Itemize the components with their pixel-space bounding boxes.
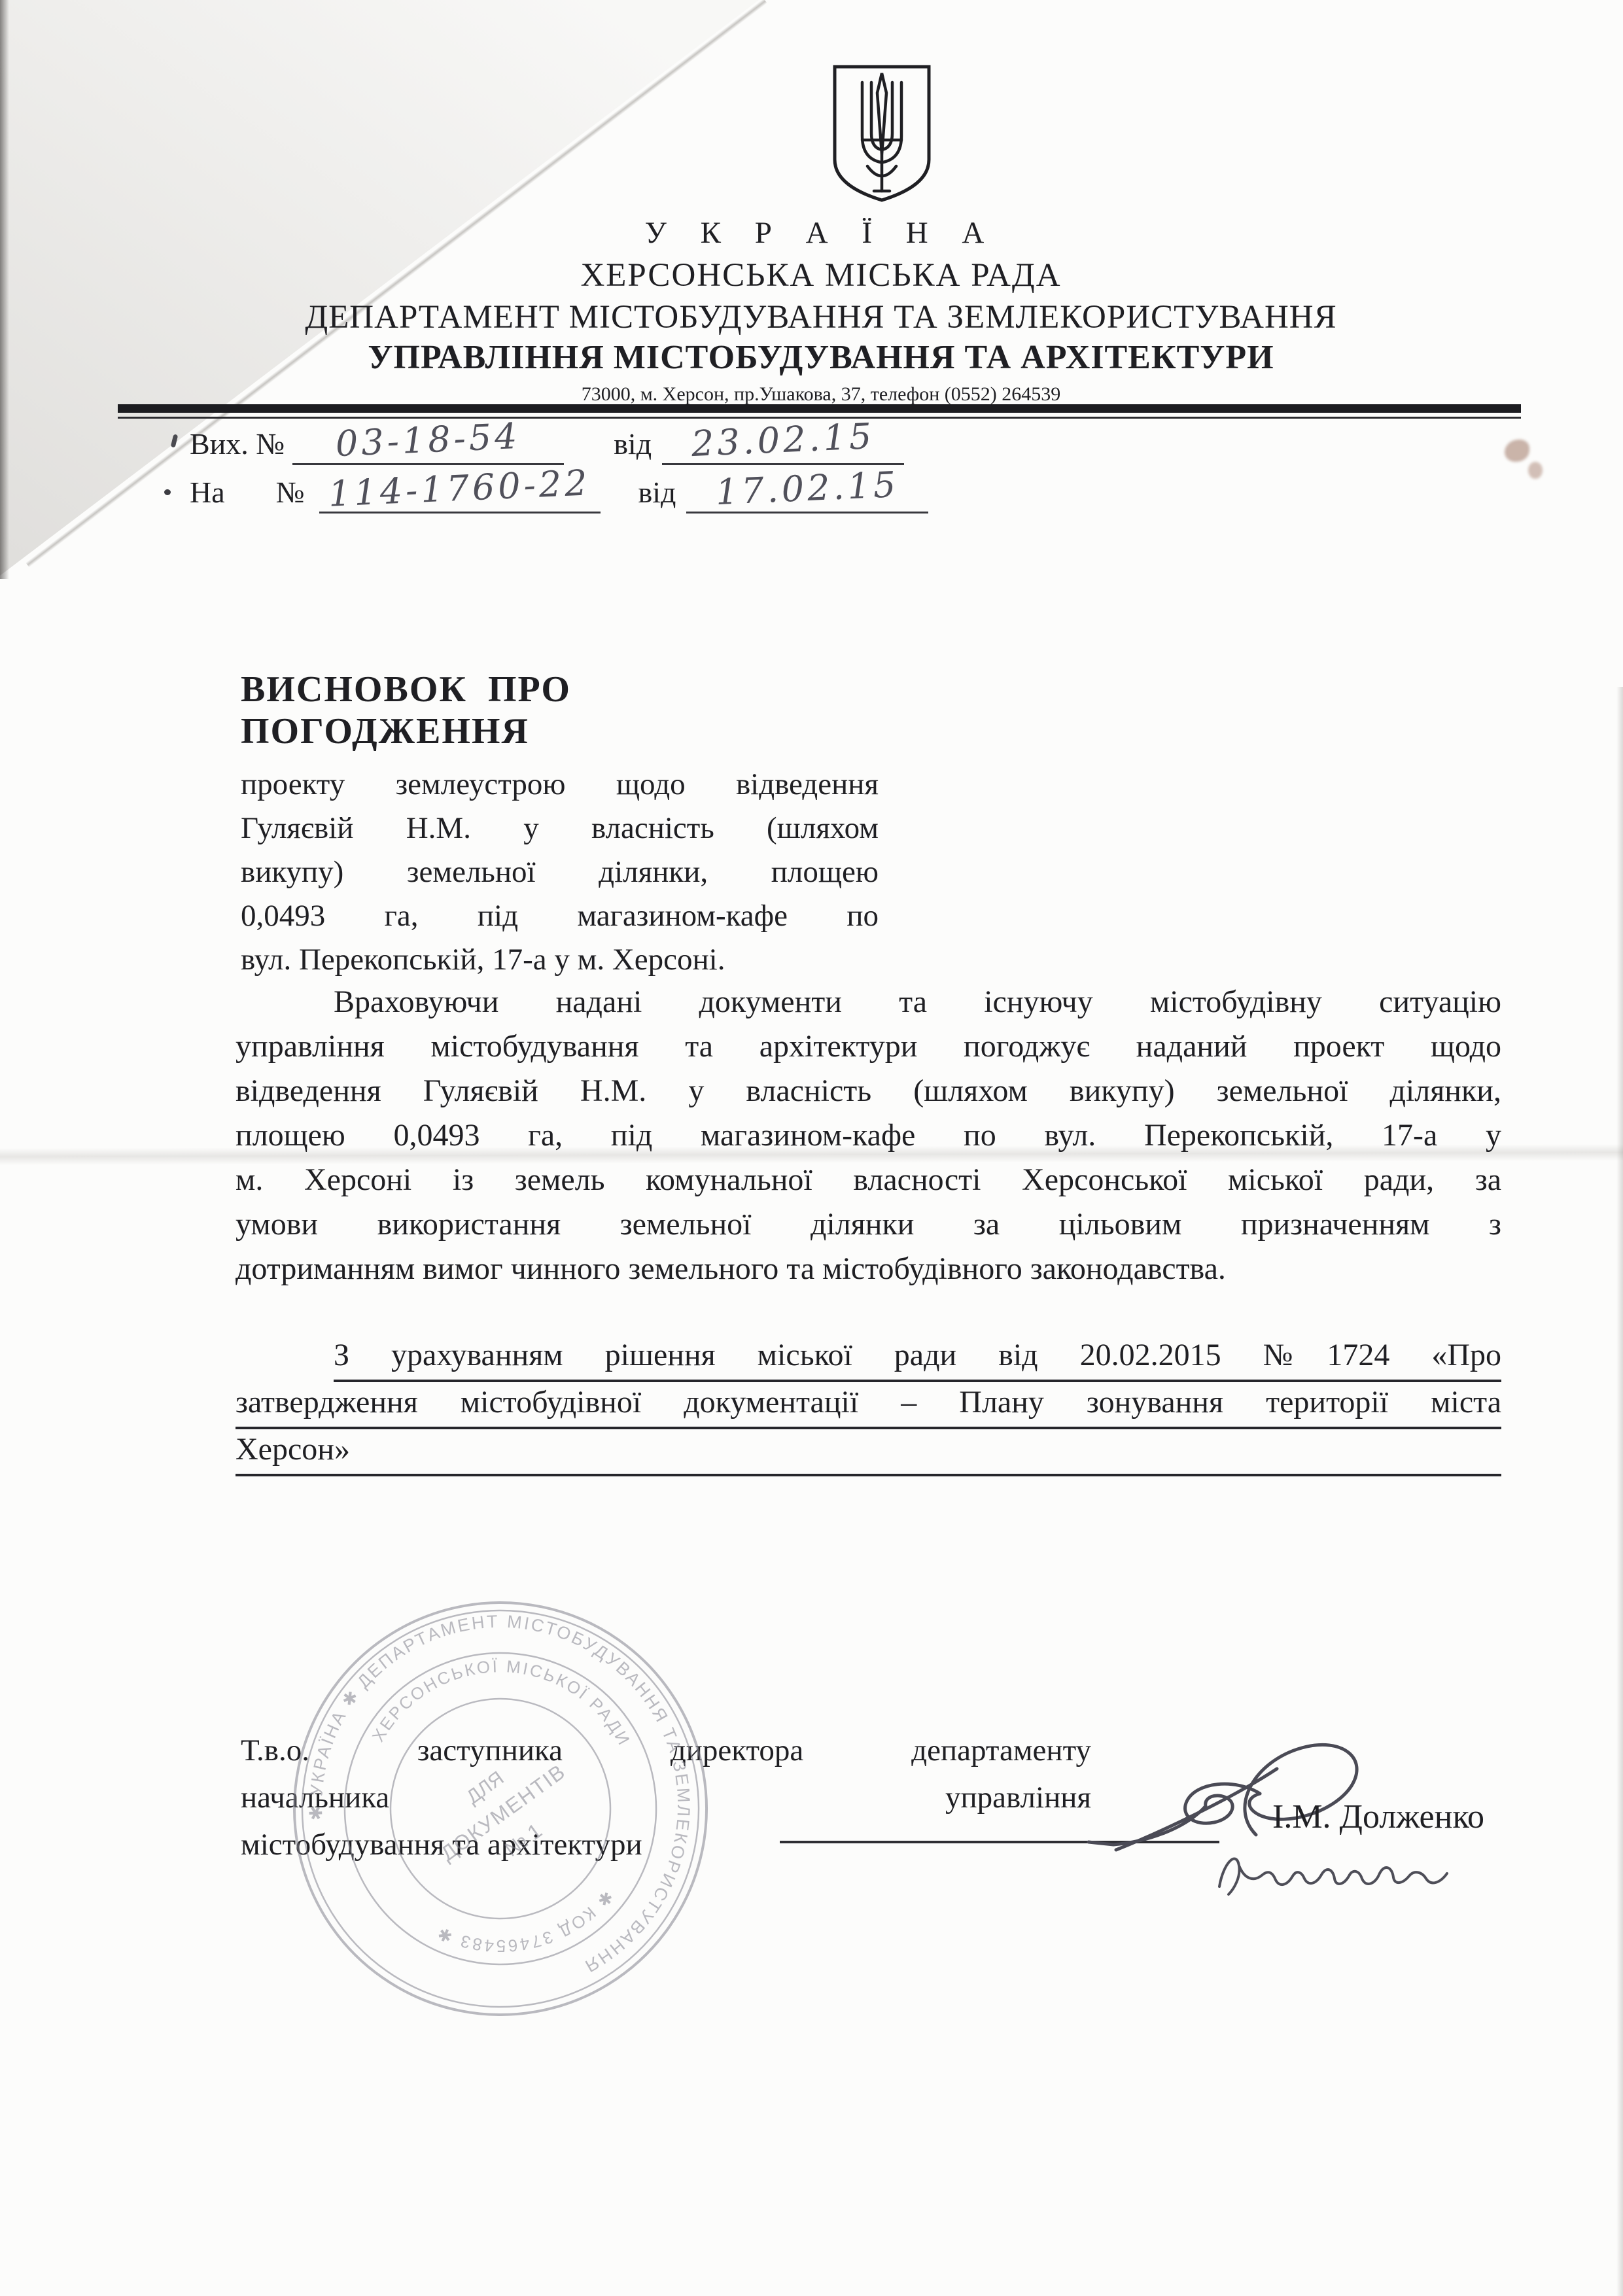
subject-line: вул. Перекопській, 17-а у м. Херсоні. bbox=[241, 938, 879, 982]
ink-smudge bbox=[1528, 462, 1543, 479]
signature-scribble bbox=[1210, 1843, 1459, 1909]
incoming-number-handwritten: 114-1760-22 bbox=[328, 462, 591, 514]
document-title: ВИСНОВОК ПРО ПОГОДЖЕННЯ bbox=[241, 669, 879, 752]
signature-flourish bbox=[1060, 1701, 1387, 1864]
incoming-date-field: 17.02.15 bbox=[686, 471, 928, 513]
incoming-number-sign: № bbox=[276, 475, 305, 513]
body-paragraph-approval: Враховуючи надані документи та існуючу м… bbox=[236, 980, 1501, 1291]
paragraph-line: площею 0,0493 га, під магазином-кафе по … bbox=[236, 1113, 1501, 1158]
ink-speck bbox=[164, 489, 171, 495]
outgoing-number-label: Вих. № bbox=[190, 426, 285, 465]
scan-left-edge-shadow bbox=[0, 0, 9, 579]
subject-line: 0,0493 га, під магазином-кафе по bbox=[241, 894, 879, 938]
outgoing-date-handwritten: 23.02.15 bbox=[690, 415, 875, 464]
svg-text:№ 1: № 1 bbox=[500, 1818, 546, 1861]
council-name: ХЕРСОНСЬКА МІСЬКА РАДА bbox=[111, 258, 1531, 293]
incoming-date-handwritten: 17.02.15 bbox=[715, 464, 900, 513]
scan-right-edge-shadow bbox=[1616, 687, 1623, 2296]
paragraph-line: відведення Гуляєвій Н.М. у власність (шл… bbox=[236, 1069, 1501, 1113]
underlined-paragraph-line: Херсон» bbox=[236, 1430, 1501, 1476]
incoming-date-label: від bbox=[638, 475, 676, 513]
country-name: У К Р А Ї Н А bbox=[111, 216, 1531, 250]
svg-text:ДОКУМЕНТІВ: ДОКУМЕНТІВ bbox=[436, 1759, 570, 1865]
office-name: УПРАВЛІННЯ МІСТОБУДУВАННЯ ТА АРХІТЕКТУРИ bbox=[111, 340, 1531, 375]
body-paragraph-zoning-underlined: З урахуванням рішення міської ради від 2… bbox=[236, 1336, 1501, 1477]
outgoing-number-handwritten: 03-18-54 bbox=[335, 415, 521, 464]
letterhead: У К Р А Ї Н А ХЕРСОНСЬКА МІСЬКА РАДА ДЕП… bbox=[111, 216, 1531, 406]
address-line: 73000, м. Херсон, пр.Ушакова, 37, телефо… bbox=[111, 383, 1531, 406]
scanned-document-page: У К Р А Ї Н А ХЕРСОНСЬКА МІСЬКА РАДА ДЕП… bbox=[0, 0, 1623, 2296]
conclusion-subject: проекту землеустрою щодо відведенняГуляє… bbox=[241, 763, 879, 982]
official-round-stamp: ✱ УКРАЇНА ✱ ДЕПАРТАМЕНТ МІСТОБУДУВАННЯ Т… bbox=[251, 1559, 751, 2059]
stamp-center-text: ДЛЯ ДОКУМЕНТІВ № 1 bbox=[419, 1735, 590, 1893]
ink-smudge bbox=[1505, 440, 1529, 462]
subject-line: проекту землеустрою щодо відведення bbox=[241, 763, 879, 807]
header-rule-thick bbox=[118, 404, 1521, 413]
paragraph-line: управління містобудування та архітектури… bbox=[236, 1024, 1501, 1069]
signatory-name: І.М. Долженко bbox=[1272, 1798, 1484, 1836]
incoming-label: На bbox=[190, 475, 225, 513]
ukraine-trident-icon bbox=[829, 63, 934, 205]
outgoing-number-field: 03-18-54 bbox=[292, 423, 564, 465]
paragraph-line: дотриманням вимог чинного земельного та … bbox=[236, 1247, 1501, 1291]
outgoing-date-label: від bbox=[614, 426, 652, 465]
outgoing-reference-row: Вих. № 03-18-54 від 23.02.15 bbox=[190, 423, 904, 465]
subject-line: викупу) земельної ділянки, площею bbox=[241, 850, 879, 894]
subject-line: Гуляєвій Н.М. у власність (шляхом bbox=[241, 807, 879, 850]
underlined-paragraph-line: З урахуванням рішення міської ради від 2… bbox=[334, 1336, 1501, 1382]
paragraph-line: Враховуючи надані документи та існуючу м… bbox=[236, 980, 1501, 1024]
underlined-paragraph-line: затвердження містобудівної документації … bbox=[236, 1383, 1501, 1429]
outgoing-date-field: 23.02.15 bbox=[662, 423, 904, 465]
incoming-reference-row: На № 114-1760-22 від 17.02.15 bbox=[190, 471, 928, 513]
paragraph-line: умови використання земельної ділянки за … bbox=[236, 1202, 1501, 1247]
paragraph-line: м. Херсоні із земель комунальної власнос… bbox=[236, 1158, 1501, 1202]
department-name: ДЕПАРТАМЕНТ МІСТОБУДУВАННЯ ТА ЗЕМЛЕКОРИС… bbox=[111, 300, 1531, 335]
conclusion-block: ВИСНОВОК ПРО ПОГОДЖЕННЯ проекту землеуст… bbox=[241, 669, 879, 982]
incoming-number-field: 114-1760-22 bbox=[319, 471, 601, 513]
